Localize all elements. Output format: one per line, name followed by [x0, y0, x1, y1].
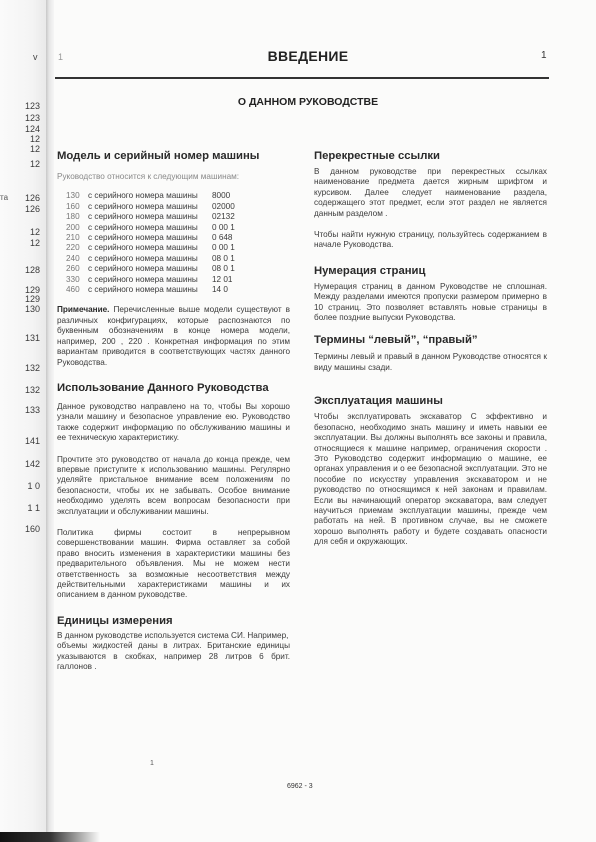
- margin-number: 126: [0, 204, 40, 214]
- model-row: 200с серийного номера машины0 00 1: [66, 223, 290, 233]
- footer-small-mark: 1: [150, 760, 154, 767]
- units-section: Единицы измерения В данном руководстве и…: [57, 615, 290, 673]
- margin-number: 12: [0, 238, 40, 248]
- model-caption: с серийного номера машины: [88, 191, 212, 201]
- serial-number: 0 648: [212, 233, 233, 243]
- margin-number: 141: [0, 436, 40, 446]
- usage-section: Использование Данного Руководства Данное…: [57, 382, 290, 601]
- model-row: 180с серийного номера машины02132: [66, 212, 290, 222]
- model-number: 460: [66, 285, 88, 295]
- numbering-heading: Нумерация страниц: [314, 265, 547, 278]
- crossref-section: Перекрестные ссылки В данном руководстве…: [314, 150, 547, 251]
- model-caption: с серийного номера машины: [88, 254, 212, 264]
- model-number: 210: [66, 233, 88, 243]
- crossref-paragraph-2: Чтобы найти нужную страницу, пользуйтесь…: [314, 230, 547, 251]
- crossref-paragraph-1: В данном руководстве при перекрестных сс…: [314, 167, 547, 219]
- serial-number: 02132: [212, 212, 235, 222]
- serial-number: 14 0: [212, 285, 228, 295]
- margin-number: 12: [0, 159, 40, 169]
- usage-paragraph-2: Прочтите это руководство от начала до ко…: [57, 455, 290, 517]
- note-text: Перечисленные выше модели существуют в р…: [57, 305, 290, 366]
- terms-section: Термины “левый”, “правый” Термины левый …: [314, 334, 547, 373]
- numbering-text: Нумерация страниц в данном Руководстве н…: [314, 282, 547, 324]
- margin-number: 133: [0, 405, 40, 415]
- model-row: 260с серийного номера машины08 0 1: [66, 264, 290, 274]
- serial-number: 0 00 1: [212, 243, 235, 253]
- model-caption: с серийного номера машины: [88, 264, 212, 274]
- serial-number: 0 00 1: [212, 223, 235, 233]
- usage-paragraph-3: Политика фирмы состоит в непрерывном сов…: [57, 528, 290, 601]
- terms-text: Термины левый и правый в данном Руководс…: [314, 352, 547, 373]
- model-row: 210с серийного номера машины0 648: [66, 233, 290, 243]
- model-row: 460с серийного номера машины14 0: [66, 285, 290, 295]
- model-caption: с серийного номера машины: [88, 243, 212, 253]
- model-number: 200: [66, 223, 88, 233]
- units-line-2: объемы жидкостей даны в литрах. Британск…: [57, 641, 290, 672]
- model-number: 180: [66, 212, 88, 222]
- model-number: 130: [66, 191, 88, 201]
- model-row: 160с серийного номера машины02000: [66, 202, 290, 212]
- serial-number: 12 01: [212, 275, 233, 285]
- page-gutter-shadow: [46, 0, 54, 842]
- model-list: 130с серийного номера машины8000160с сер…: [66, 191, 290, 295]
- numbering-section: Нумерация страниц Нумерация страниц в да…: [314, 265, 547, 324]
- model-number: 240: [66, 254, 88, 264]
- margin-number: 1 1: [0, 503, 40, 513]
- model-caption: с серийного номера машины: [88, 285, 212, 295]
- header-rule: [55, 77, 549, 79]
- terms-heading: Термины “левый”, “правый”: [314, 334, 547, 347]
- model-intro: Руководство относится к следующим машина…: [57, 172, 290, 182]
- margin-number: 12: [0, 134, 40, 144]
- model-number: 220: [66, 243, 88, 253]
- page-title: ВВЕДЕНИЕ: [0, 48, 596, 64]
- model-caption: с серийного номера машины: [88, 212, 212, 222]
- model-number: 160: [66, 202, 88, 212]
- margin-number: 12: [0, 144, 40, 154]
- footer-page-code: 6962 - 3: [287, 783, 313, 790]
- margin-number: 126: [0, 193, 40, 203]
- margin-number: 131: [0, 333, 40, 343]
- margin-number: 123: [0, 113, 40, 123]
- margin-number: 128: [0, 265, 40, 275]
- serial-number: 08 0 1: [212, 264, 235, 274]
- margin-number: 1 0: [0, 481, 40, 491]
- note-lead: Примечание.: [57, 305, 109, 314]
- model-row: 240с серийного номера машины08 0 1: [66, 254, 290, 264]
- model-row: 330с серийного номера машины12 01: [66, 275, 290, 285]
- model-section: Модель и серийный номер машины Руководст…: [57, 150, 290, 368]
- margin-number: 12: [0, 227, 40, 237]
- model-caption: с серийного номера машины: [88, 275, 212, 285]
- left-column: Модель и серийный номер машины Руководст…: [57, 150, 290, 672]
- margin-number: 132: [0, 385, 40, 395]
- margin-number: 129: [0, 294, 40, 304]
- model-caption: с серийного номера машины: [88, 223, 212, 233]
- serial-number: 8000: [212, 191, 230, 201]
- model-heading: Модель и серийный номер машины: [57, 150, 290, 163]
- usage-heading: Использование Данного Руководства: [57, 382, 290, 395]
- operation-text: Чтобы эксплуатировать экскаватор С эффек…: [314, 412, 547, 547]
- right-column: Перекрестные ссылки В данном руководстве…: [314, 150, 547, 548]
- margin-number: 160: [0, 524, 40, 534]
- serial-number: 08 0 1: [212, 254, 235, 264]
- model-caption: с серийного номера машины: [88, 202, 212, 212]
- crossref-heading: Перекрестные ссылки: [314, 150, 547, 163]
- model-row: 130с серийного номера машины8000: [66, 191, 290, 201]
- units-line-1: В данном руководстве используется систем…: [57, 631, 290, 641]
- operation-heading: Эксплуатация машины: [314, 395, 547, 408]
- page-subtitle: О ДАННОМ РУКОВОДСТВЕ: [0, 96, 596, 108]
- scan-edge-shadow: [0, 832, 100, 842]
- margin-number: 124: [0, 124, 40, 134]
- header-right-page-number: 1: [541, 50, 547, 61]
- model-row: 220с серийного номера машины0 00 1: [66, 243, 290, 253]
- units-heading: Единицы измерения: [57, 615, 290, 628]
- serial-number: 02000: [212, 202, 235, 212]
- usage-paragraph-1: Данное руководство направлено на то, что…: [57, 402, 290, 444]
- model-number: 260: [66, 264, 88, 274]
- margin-number: 132: [0, 363, 40, 373]
- model-caption: с серийного номера машины: [88, 233, 212, 243]
- operation-section: Эксплуатация машины Чтобы эксплуатироват…: [314, 395, 547, 547]
- margin-number: 142: [0, 459, 40, 469]
- model-note: Примечание. Перечисленные выше модели су…: [57, 305, 290, 367]
- model-number: 330: [66, 275, 88, 285]
- margin-number: 130: [0, 304, 40, 314]
